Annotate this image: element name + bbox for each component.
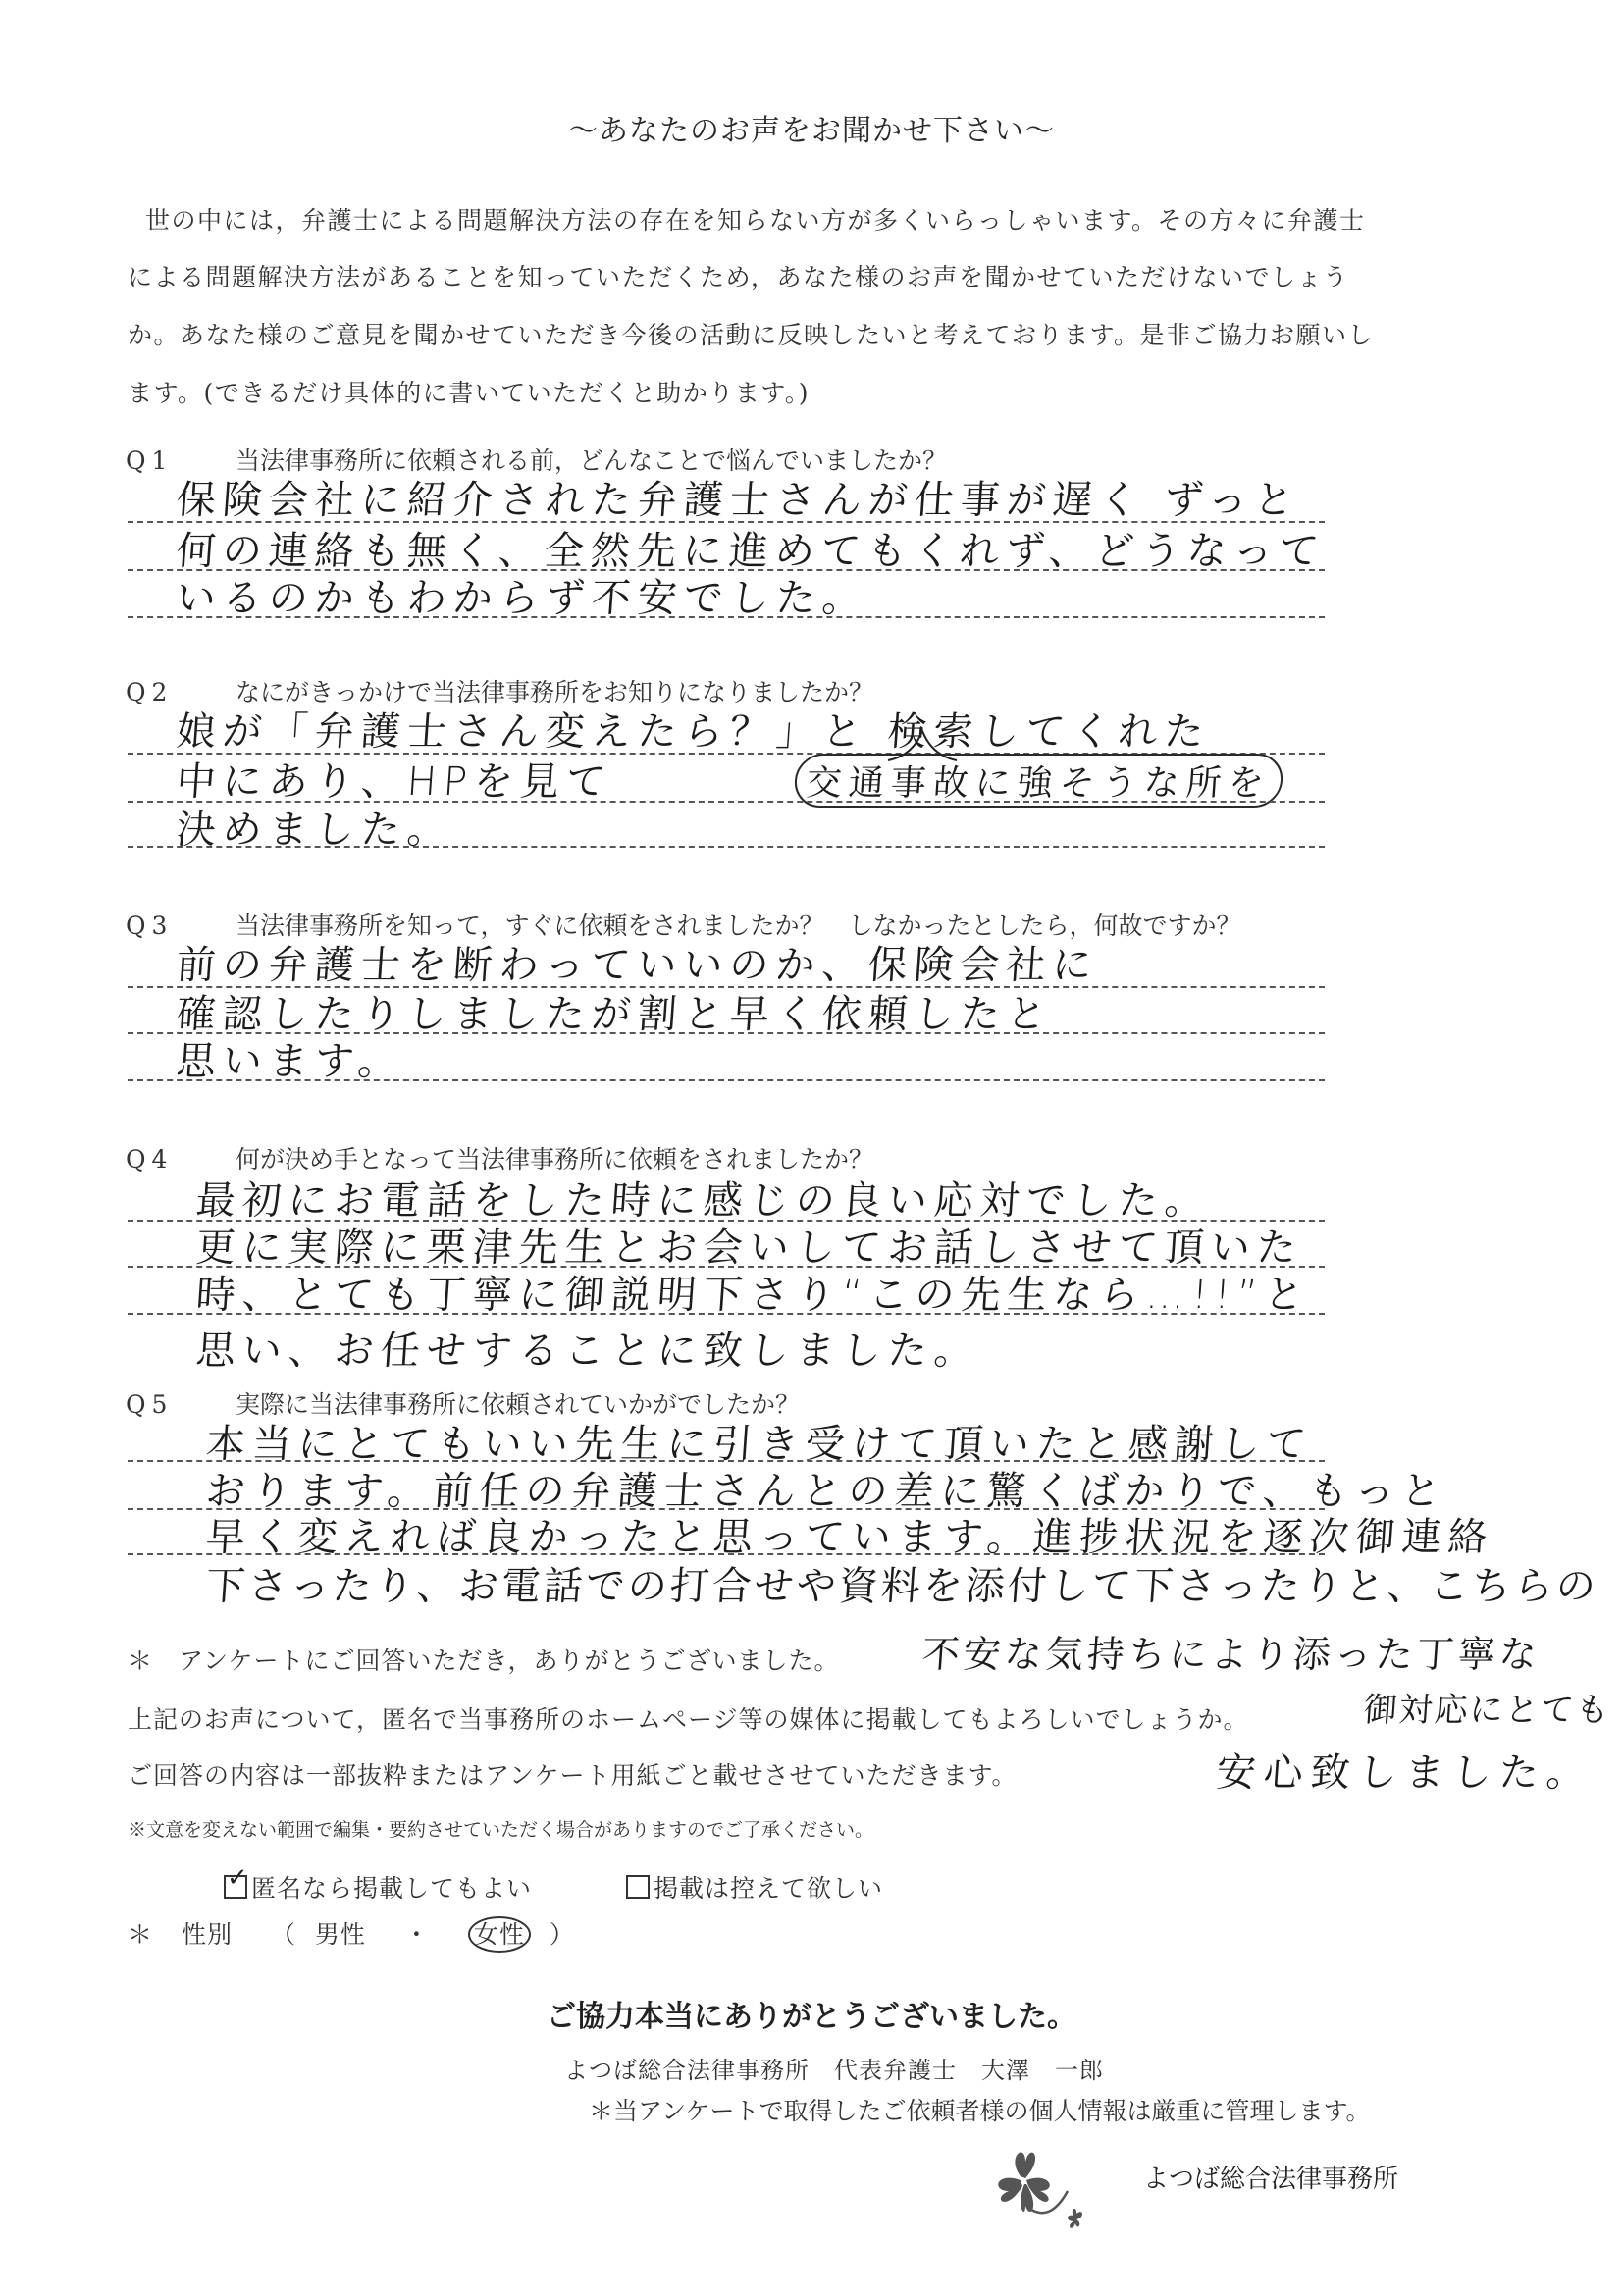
answer-3-line-1: 前の弁護士を断わっていいのか、保険会社に (175, 934, 1101, 990)
consent-no-label: 掲載は控えて欲しい (654, 1874, 883, 1903)
answer-4-line-4: 思い、お任せすることに致しました。 (194, 1320, 982, 1376)
answer-2-line-1: 娘が「弁護士さん変えたら？」と 検索してくれた (175, 701, 1213, 757)
notice-line-3: ご回答の内容は一部抜粋またはアンケート用紙ごと載せさせていただきます。 (128, 1756, 1018, 1792)
answer-5-overflow-3: 安心致しました。 (1215, 1742, 1596, 1798)
answer-5-overflow-2: 御対応にとても (1362, 1683, 1612, 1731)
answer-2-inserted-circled-text: 交通事故に強そうな所を (793, 754, 1284, 808)
answer-line-rule (128, 616, 1325, 618)
answer-1-line-1: 保険会社に紹介された弁護士さんが仕事が遅く ずっと (175, 469, 1302, 525)
checkmark-icon: ✓ (227, 1863, 249, 1893)
consent-option-yes[interactable]: ✓匿名なら掲載してもよい (224, 1869, 532, 1905)
gender-label: 性別 (182, 1920, 233, 1949)
answer-3-line-3: 思います。 (175, 1030, 406, 1086)
notice-line-1: ＊ アンケートにご回答いただき，ありがとうございました。 (128, 1642, 840, 1677)
answer-line-rule (128, 1313, 1325, 1315)
edit-note: ※文意を変えない範囲で編集・要約させていただく場合がありますのでご了承ください。 (128, 1815, 873, 1842)
intro-line-4: ます。(できるだけ具体的に書いていただくと助かります。) (128, 374, 810, 409)
survey-title: ～あなたのお声をお聞かせ下さい～ (0, 106, 1623, 149)
gender-option-male[interactable]: 男性 (315, 1920, 366, 1949)
answer-1-line-3: いるのかもわからず不安でした。 (175, 567, 870, 623)
checkbox-unchecked[interactable] (626, 1875, 650, 1899)
thanks-message: ご協力本当にありがとうございました。 (0, 1992, 1623, 2035)
answer-5-overflow-1: 不安な気持ちにより添った丁寧な (920, 1624, 1543, 1678)
privacy-note: ＊当アンケートで取得したご依頼者様の個人情報は厳重に管理します。 (589, 2092, 1371, 2127)
gender-open-paren: （ (271, 1920, 296, 1949)
gender-field: ＊ 性別 （ 男性 ・ 女性 ） (128, 1915, 575, 1951)
signature: よつば総合法律事務所 代表弁護士 大澤 一郎 (564, 2051, 1104, 2085)
gender-separator: ・ (404, 1920, 430, 1949)
insert-caret-icon (883, 726, 962, 765)
answer-5-line-4: 下さったり、お電話での打合せや資料を添付して下さったりと、こちらの (204, 1555, 1600, 1611)
answer-4-line-3: 時、とても丁寧に御説明下さり“この先生なら…!!”と (194, 1264, 1313, 1320)
gender-bullet: ＊ (128, 1920, 153, 1949)
intro-line-1: 世の中には，弁護士による問題解決方法の存在を知らない方が多くいらっしゃいます。そ… (145, 201, 1366, 236)
answer-line-rule (128, 1079, 1325, 1081)
notice-line-2: 上記のお声について，匿名で当事務所のホームページ等の媒体に掲載してもよろしいでし… (128, 1700, 1249, 1736)
answer-line-rule (128, 846, 1325, 848)
gender-close-paren: ） (550, 1920, 575, 1949)
gender-option-female-selected[interactable]: 女性 (468, 1916, 531, 1953)
intro-line-2: による問題解決方法があることを知っていただくため，あなた様のお声を聞かせていただ… (128, 258, 1349, 293)
consent-yes-label: 匿名なら掲載してもよい (251, 1874, 532, 1903)
checkbox-checked[interactable]: ✓ (224, 1875, 247, 1899)
consent-option-no[interactable]: 掲載は控えて欲しい (626, 1869, 883, 1905)
intro-line-3: か。あなた様のご意見を聞かせていただき今後の活動に反映したいと考えております。是… (128, 316, 1374, 351)
four-leaf-clover-icon (981, 2137, 1099, 2245)
firm-logo-text: よつば総合法律事務所 (1143, 2159, 1398, 2195)
